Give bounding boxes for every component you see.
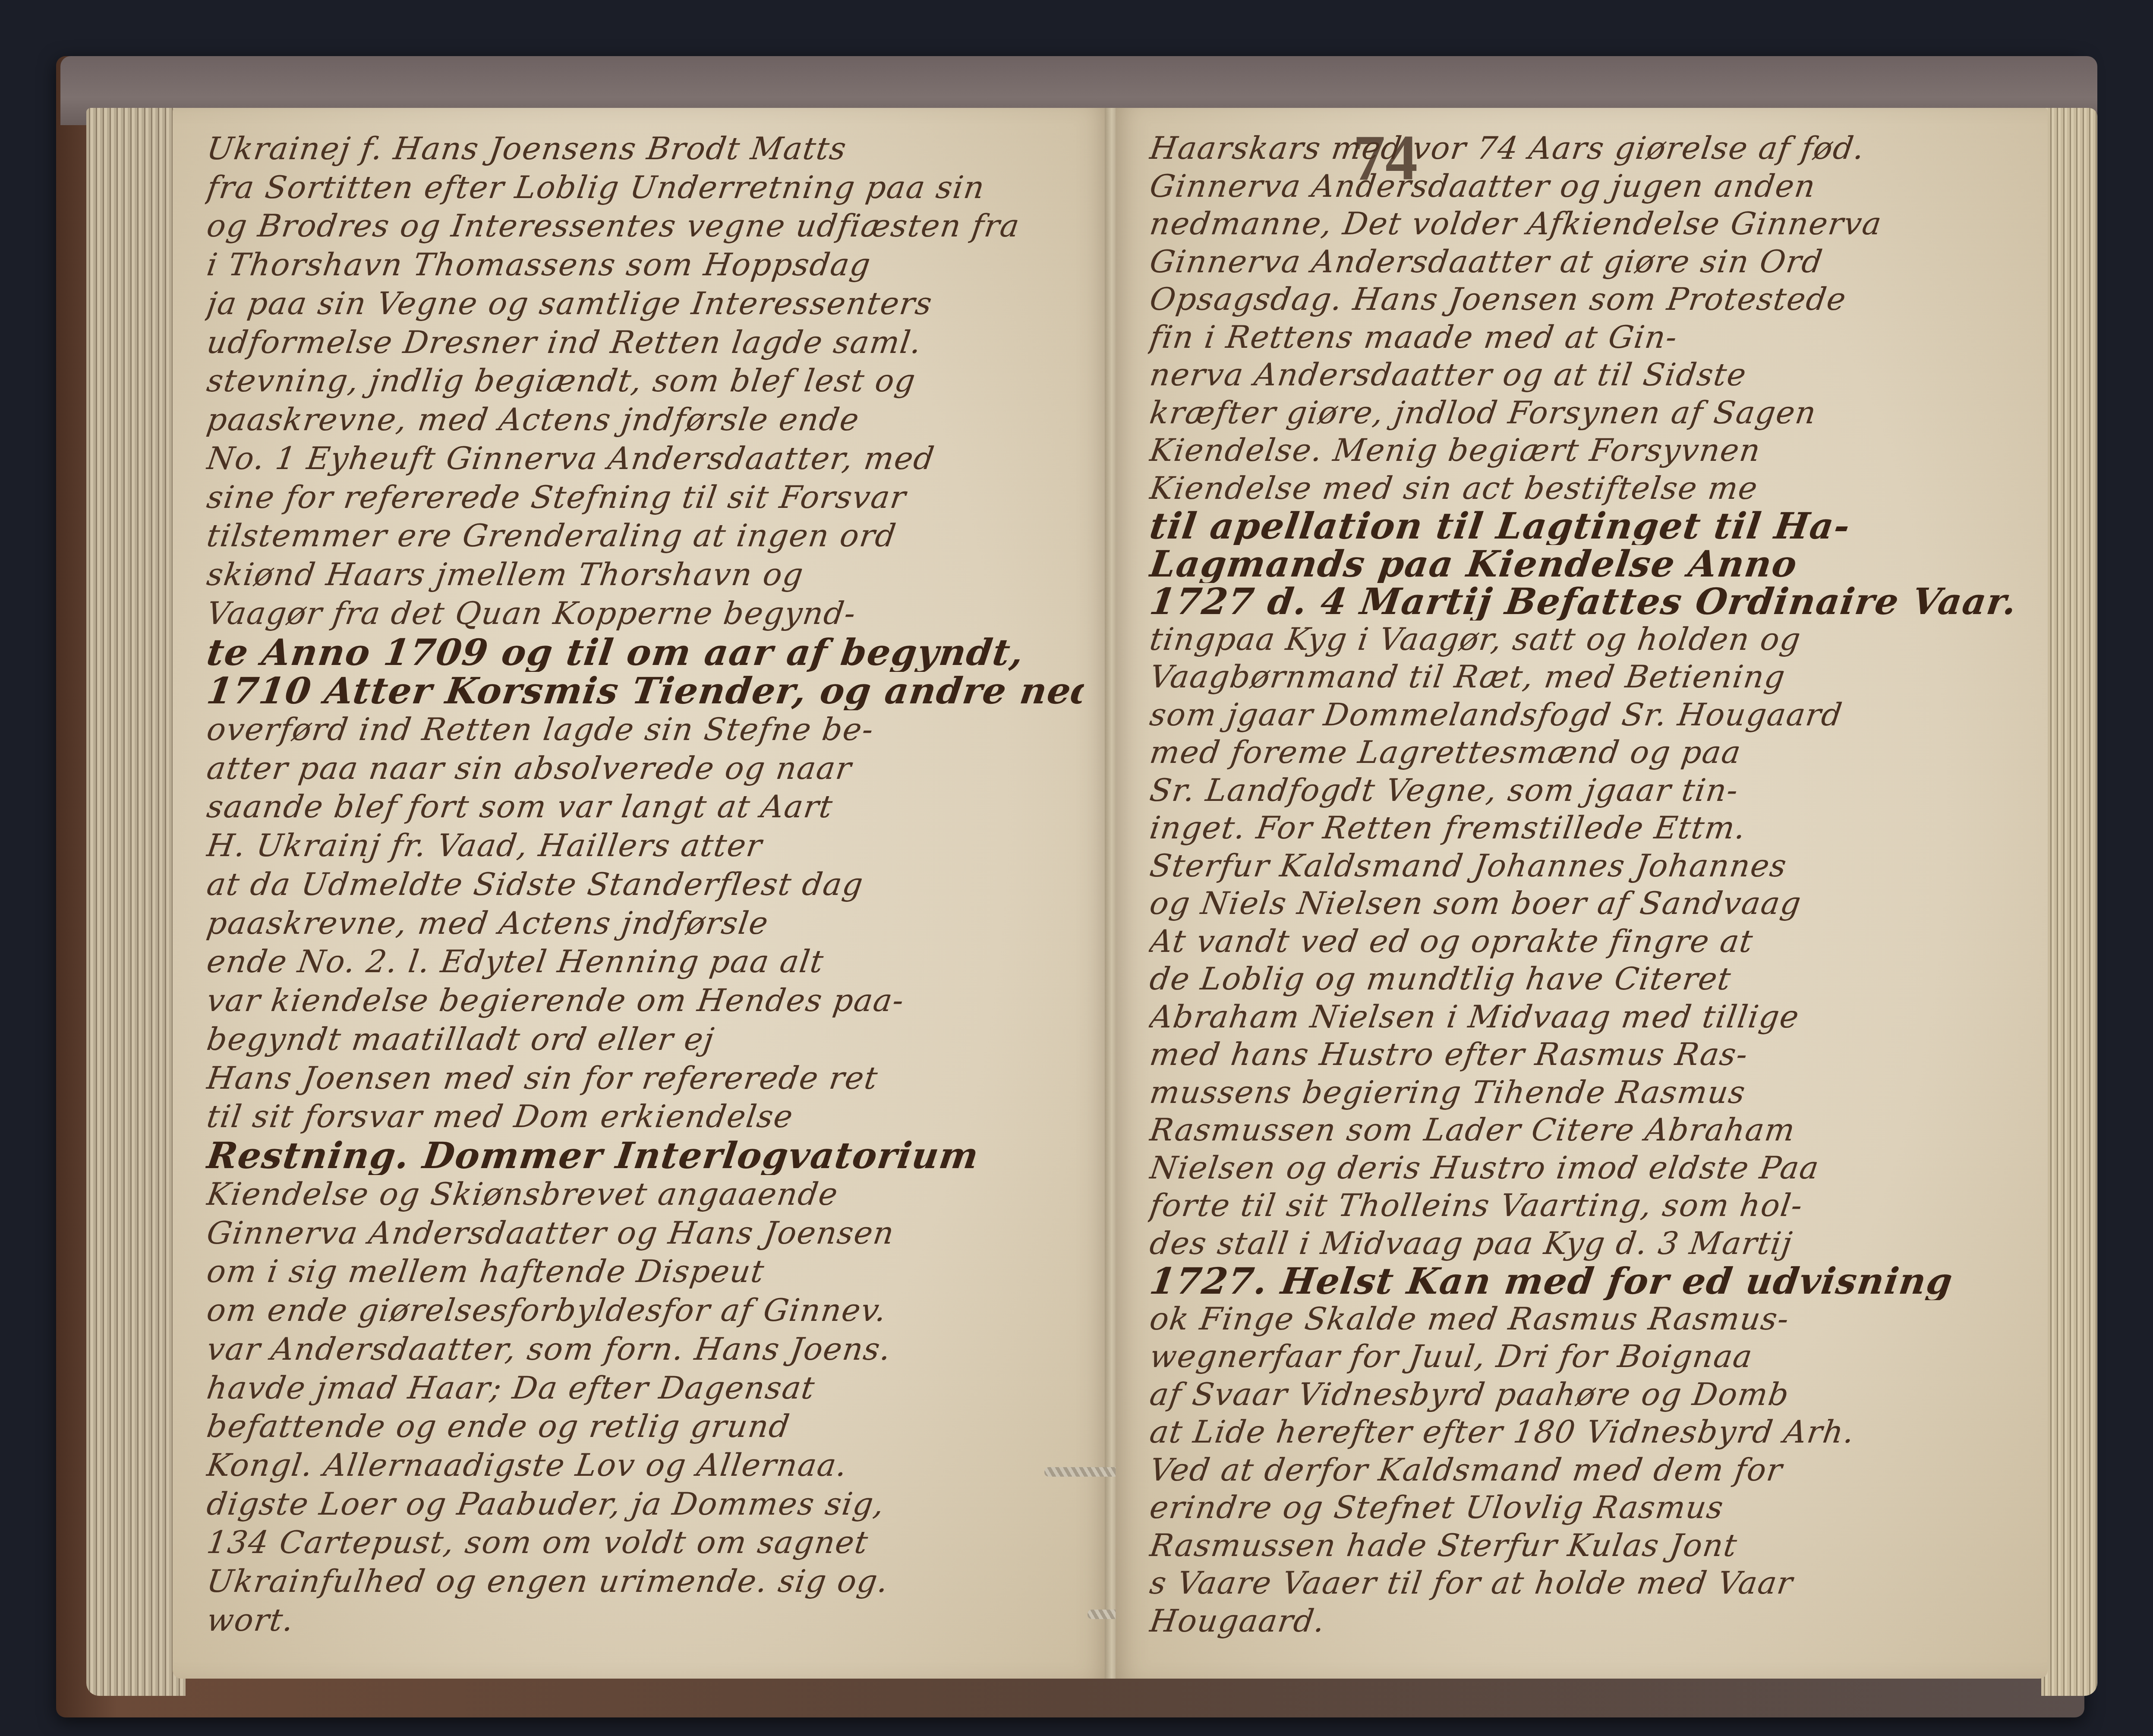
handwritten-line: Kiendelse. Menig begiært Forsyvnen	[1147, 432, 2024, 469]
handwritten-line: Opsagsdag. Hans Joensen som Protestede	[1147, 280, 2024, 318]
handwritten-line: om i sig mellem haftende Dispeut	[205, 1252, 1086, 1291]
handwritten-line: til apellation til Lagtinget til Ha-	[1147, 507, 2024, 545]
handwritten-line: fin i Rettens maade med at Gin-	[1147, 318, 2024, 356]
handwritten-line: om ende giørelsesforbyldesfor af Ginnev.	[205, 1291, 1086, 1330]
handwritten-line: H. Ukrainj fr. Vaad, Haillers atter	[205, 826, 1086, 865]
handwritten-line: Kongl. Allernaadigste Lov og Allernaa.	[205, 1446, 1086, 1485]
left-page-stack	[86, 108, 186, 1696]
handwritten-line: 134 Cartepust, som om voldt om sagnet	[205, 1523, 1086, 1562]
handwritten-line: havde jmad Haar; Da efter Dagensat	[205, 1369, 1086, 1408]
handwritten-line: og Niels Nielsen som boer af Sandvaag	[1147, 885, 2024, 923]
left-page: Ukrainej f. Hans Joensens Brodt Mattsfra…	[173, 108, 1109, 1679]
handwritten-line: Rasmussen hade Sterfur Kulas Jont	[1147, 1527, 2024, 1565]
handwritten-line: og Brodres og Interessentes vegne udfiæs…	[205, 207, 1086, 246]
handwritten-line: overførd ind Retten lagde sin Stefne be-	[205, 710, 1086, 749]
handwritten-line: Ukrainej f. Hans Joensens Brodt Matts	[205, 129, 1086, 168]
handwritten-line: Ginnerva Andersdaatter og Hans Joensen	[205, 1214, 1086, 1253]
handwritten-line: Kiendelse med sin act bestiftelse me	[1147, 469, 2024, 507]
handwritten-line: sine for refererede Stefning til sit For…	[205, 478, 1086, 517]
right-page-stack	[2041, 108, 2097, 1696]
handwritten-line: tingpaa Kyg i Vaagør, satt og holden og	[1147, 621, 2024, 658]
handwritten-line: med hans Hustro efter Rasmus Ras-	[1147, 1036, 2024, 1074]
handwritten-line: paaskrevne, med Actens jndførsle ende	[205, 400, 1086, 439]
handwritten-line: Hougaard.	[1147, 1602, 2024, 1640]
handwritten-line: Abraham Nielsen i Midvaag med tillige	[1147, 998, 2024, 1036]
handwritten-line: s Vaare Vaaer til for at holde med Vaar	[1147, 1564, 2024, 1602]
handwritten-line: kræfter giøre, jndlod Forsynen af Sagen	[1147, 394, 2024, 432]
handwritten-line: som jgaar Dommelandsfogd Sr. Hougaard	[1147, 696, 2024, 734]
handwritten-line: med foreme Lagrettesmænd og paa	[1147, 734, 2024, 772]
handwritten-line: inget. For Retten fremstillede Ettm.	[1147, 809, 2024, 847]
handwritten-line: des stall i Midvaag paa Kyg d. 3 Martij	[1147, 1225, 2024, 1263]
handwritten-line: ok Finge Skalde med Rasmus Rasmus-	[1147, 1300, 2024, 1338]
handwritten-line: Hans Joensen med sin for refererede ret	[205, 1059, 1086, 1098]
left-page-text: Ukrainej f. Hans Joensens Brodt Mattsfra…	[207, 129, 1083, 1640]
handwritten-line: stevning, jndlig begiændt, som blef lest…	[205, 362, 1086, 400]
handwritten-line: var kiendelse begierende om Hendes paa-	[205, 981, 1086, 1020]
handwritten-line: Vaagbørnmand til Ræt, med Betiening	[1147, 658, 2024, 696]
handwritten-line: at da Udmeldte Sidste Standerflest dag	[205, 865, 1086, 904]
handwritten-line: af Svaar Vidnesbyrd paahøre og Domb	[1147, 1376, 2024, 1414]
handwritten-line: wort.	[205, 1601, 1086, 1640]
handwritten-line: Ginnerva Andersdaatter at giøre sin Ord	[1147, 243, 2024, 281]
handwritten-line: wegnerfaar for Juul, Dri for Boignaa	[1147, 1338, 2024, 1376]
right-page: 74 Haarskars med vor 74 Aars giørelse af…	[1116, 108, 2048, 1679]
handwritten-line: te Anno 1709 og til om aar af begyndt,	[205, 633, 1086, 672]
handwritten-line: befattende og ende og retlig grund	[205, 1407, 1086, 1446]
handwritten-line: No. 1 Eyheuft Ginnerva Andersdaatter, me…	[205, 439, 1086, 478]
handwritten-line: 1727 d. 4 Martij Befattes Ordinaire Vaar…	[1147, 583, 2024, 621]
handwritten-line: Vaagør fra det Quan Kopperne begynd-	[205, 594, 1086, 633]
handwritten-line: Sterfur Kaldsmand Johannes Johannes	[1147, 847, 2024, 885]
handwritten-line: ja paa sin Vegne og samtlige Interessent…	[205, 284, 1086, 323]
handwritten-line: saande blef fort som var langt at Aart	[205, 788, 1086, 826]
handwritten-line: Ved at derfor Kaldsmand med dem for	[1147, 1451, 2024, 1489]
handwritten-line: 1710 Atter Korsmis Tiender, og andre ned…	[205, 671, 1086, 710]
handwritten-line: atter paa naar sin absolverede og naar	[205, 749, 1086, 788]
handwritten-line: skiønd Haars jmellem Thorshavn og	[205, 555, 1086, 594]
handwritten-line: i Thorshavn Thomassens som Hoppsdag	[205, 246, 1086, 284]
handwritten-line: Ukrainfulhed og engen urimende. sig og.	[205, 1562, 1086, 1601]
handwritten-line: at Lide herefter efter 180 Vidnesbyrd Ar…	[1147, 1413, 2024, 1451]
handwritten-line: paaskrevne, med Actens jndførsle	[205, 904, 1086, 943]
handwritten-line: 1727. Helst Kan med for ed udvisning	[1147, 1262, 2024, 1300]
handwritten-line: Ginnerva Andersdaatter og jugen anden	[1147, 167, 2024, 205]
handwritten-line: mussens begiering Tihende Rasmus	[1147, 1074, 2024, 1112]
handwritten-line: nedmanne, Det volder Afkiendelse Ginnerv…	[1147, 205, 2024, 243]
handwritten-line: forte til sit Tholleins Vaarting, som ho…	[1147, 1187, 2024, 1225]
handwritten-line: Lagmands paa Kiendelse Anno	[1147, 545, 2024, 583]
right-page-text: Haarskars med vor 74 Aars giørelse af fø…	[1150, 129, 2022, 1640]
handwritten-line: begyndt maatilladt ord eller ej	[205, 1020, 1086, 1059]
handwritten-line: Nielsen og deris Hustro imod eldste Paa	[1147, 1149, 2024, 1187]
handwritten-line: At vandt ved ed og oprakte fingre at	[1147, 923, 2024, 961]
handwritten-line: de Loblig og mundtlig have Citeret	[1147, 960, 2024, 998]
handwritten-line: Restning. Dommer Interlogvatorium	[205, 1136, 1086, 1175]
handwritten-line: Kiendelse og Skiønsbrevet angaaende	[205, 1175, 1086, 1214]
handwritten-line: fra Sortitten efter Loblig Underretning …	[205, 168, 1086, 207]
handwritten-line: var Andersdaatter, som forn. Hans Joens.	[205, 1330, 1086, 1369]
handwritten-line: ende No. 2. l. Edytel Henning paa alt	[205, 942, 1086, 981]
handwritten-line: Sr. Landfogdt Vegne, som jgaar tin-	[1147, 772, 2024, 810]
handwritten-line: udformelse Dresner ind Retten lagde saml…	[205, 323, 1086, 362]
handwritten-line: tilstemmer ere Grenderaling at ingen ord	[205, 517, 1086, 555]
handwritten-line: til sit forsvar med Dom erkiendelse	[205, 1097, 1086, 1136]
handwritten-line: digste Loer og Paabuder, ja Dommes sig,	[205, 1485, 1086, 1524]
handwritten-line: erindre og Stefnet Ulovlig Rasmus	[1147, 1489, 2024, 1527]
handwritten-line: nerva Andersdaatter og at til Sidste	[1147, 356, 2024, 394]
handwritten-line: Haarskars med vor 74 Aars giørelse af fø…	[1147, 129, 2024, 167]
handwritten-line: Rasmussen som Lader Citere Abraham	[1147, 1111, 2024, 1149]
